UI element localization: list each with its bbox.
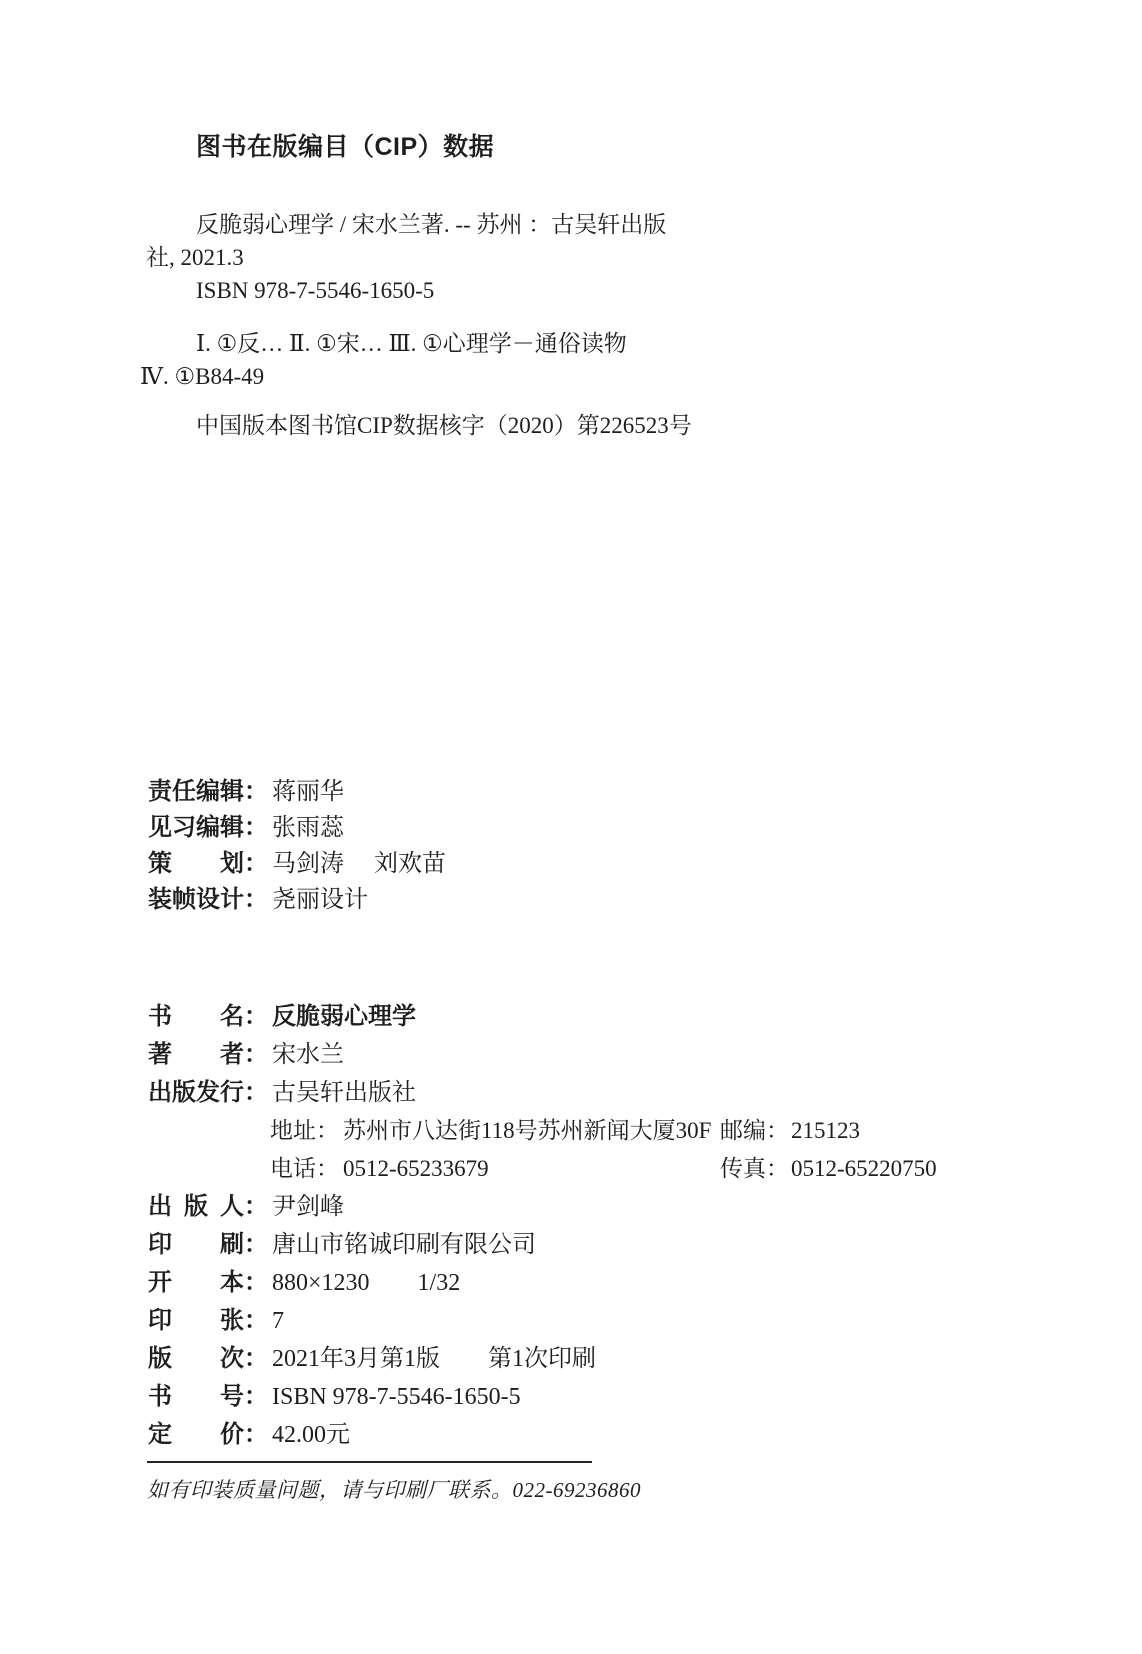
field-label: 书号 xyxy=(148,1378,244,1416)
second-column: 邮编：215123 xyxy=(720,1112,860,1150)
field-value: 42.00元 xyxy=(272,1416,350,1454)
field-label: 印刷 xyxy=(148,1226,244,1264)
field-label: 出版人 xyxy=(148,1188,244,1226)
publication-sub-row: 电话：0512-65233679传真：0512-65220750 xyxy=(148,1150,1088,1188)
colon: ： xyxy=(244,998,268,1036)
cip-section: 图书在版编目（CIP）数据 反脆弱心理学 / 宋水兰著. -- 苏州 ：古吴轩出… xyxy=(146,130,836,442)
cip-classification-line-2: Ⅳ. ①B84-49 xyxy=(140,360,836,393)
field-value: 215123 xyxy=(791,1118,860,1143)
colon: ： xyxy=(244,774,268,810)
second-column: 传真：0512-65220750 xyxy=(720,1150,937,1188)
field-label: 装帧设计 xyxy=(148,882,244,918)
publication-row: 著者：宋水兰 xyxy=(148,1036,1088,1074)
field-label: 地址 xyxy=(270,1112,316,1150)
colon: ： xyxy=(244,810,268,846)
field-value: 宋水兰 xyxy=(272,1036,344,1074)
field-value: 蒋丽华 xyxy=(272,774,344,810)
field-label: 见习编辑 xyxy=(148,810,244,846)
publication-sub-row: 地址：苏州市八达街118号苏州新闻大厦30F邮编：215123 xyxy=(148,1112,1088,1150)
cip-isbn-line: ISBN 978-7-5546-1650-5 xyxy=(146,274,836,307)
field-label: 邮编 xyxy=(720,1118,766,1143)
credits-block: 责任编辑：蒋丽华见习编辑：张雨蕊策划：马剑涛 刘欢苗装帧设计：尧丽设计 xyxy=(148,774,446,918)
colon: ： xyxy=(244,846,268,882)
field-label: 版次 xyxy=(148,1340,244,1378)
field-label: 出版发行 xyxy=(148,1074,244,1112)
field-value: 苏州市八达街118号苏州新闻大厦30F xyxy=(343,1112,711,1150)
publication-row: 出版人：尹剑峰 xyxy=(148,1188,1088,1226)
cip-header: 图书在版编目（CIP）数据 xyxy=(196,130,836,164)
field-value: 尧丽设计 xyxy=(272,882,368,918)
cip-bibliographic-line-1: 反脆弱心理学 / 宋水兰著. -- 苏州 ：古吴轩出版 xyxy=(146,208,836,241)
publication-row: 定价：42.00元 xyxy=(148,1416,1088,1454)
colon: ： xyxy=(244,1188,268,1226)
colon: ： xyxy=(244,1340,268,1378)
cip-record-number: 中国版本图书馆CIP数据核字（2020）第226523号 xyxy=(146,409,836,442)
colon: ： xyxy=(244,882,268,918)
field-label: 定价 xyxy=(148,1416,244,1454)
publication-row: 印张：7 xyxy=(148,1302,1088,1340)
field-label: 电话 xyxy=(270,1150,316,1188)
field-label: 开本 xyxy=(148,1264,244,1302)
field-value: 古吴轩出版社 xyxy=(272,1074,416,1112)
publication-row: 书号：ISBN 978-7-5546-1650-5 xyxy=(148,1378,1088,1416)
colon: ： xyxy=(316,1150,339,1188)
field-value: 尹剑峰 xyxy=(272,1188,344,1226)
publication-row: 书名：反脆弱心理学 xyxy=(148,998,1088,1036)
field-value: 张雨蕊 xyxy=(272,810,344,846)
field-value: 880×1230 1/32 xyxy=(272,1264,460,1302)
colon: ： xyxy=(244,1302,268,1340)
credit-row: 见习编辑：张雨蕊 xyxy=(148,810,446,846)
colon: ： xyxy=(244,1074,268,1112)
footer-divider xyxy=(147,1461,592,1463)
colon: ： xyxy=(244,1416,268,1454)
field-value: 0512-65220750 xyxy=(791,1156,937,1181)
colon: ： xyxy=(244,1378,268,1416)
credit-row: 责任编辑：蒋丽华 xyxy=(148,774,446,810)
field-label: 印张 xyxy=(148,1302,244,1340)
colon: ： xyxy=(244,1264,268,1302)
colon: ： xyxy=(316,1112,339,1150)
field-label: 著者 xyxy=(148,1036,244,1074)
credit-row: 装帧设计：尧丽设计 xyxy=(148,882,446,918)
field-value: 反脆弱心理学 xyxy=(272,998,416,1036)
colon: ： xyxy=(766,1118,789,1143)
publication-row: 开本：880×1230 1/32 xyxy=(148,1264,1088,1302)
printing-quality-note: 如有印装质量问题，请与印刷厂联系。022-69236860 xyxy=(147,1474,641,1504)
copyright-page: 图书在版编目（CIP）数据 反脆弱心理学 / 宋水兰著. -- 苏州 ：古吴轩出… xyxy=(0,0,1142,1654)
publication-block: 书名：反脆弱心理学著者：宋水兰出版发行：古吴轩出版社地址：苏州市八达街118号苏… xyxy=(148,998,1088,1454)
field-label: 责任编辑 xyxy=(148,774,244,810)
publication-row: 出版发行：古吴轩出版社 xyxy=(148,1074,1088,1112)
field-value: 0512-65233679 xyxy=(343,1150,489,1188)
field-value: 7 xyxy=(272,1302,284,1340)
cip-classification-line-1: Ⅰ. ①反… Ⅱ. ①宋… Ⅲ. ①心理学－通俗读物 xyxy=(146,327,836,360)
field-label: 传真 xyxy=(720,1156,766,1181)
field-value: 马剑涛 刘欢苗 xyxy=(272,846,446,882)
field-value: 唐山市铭诚印刷有限公司 xyxy=(272,1226,536,1264)
cip-bibliographic-line-2: 社, 2021.3 xyxy=(146,241,836,274)
field-value: 2021年3月第1版 第1次印刷 xyxy=(272,1340,596,1378)
field-label: 策划 xyxy=(148,846,244,882)
credit-row: 策划：马剑涛 刘欢苗 xyxy=(148,846,446,882)
field-value: ISBN 978-7-5546-1650-5 xyxy=(272,1378,521,1416)
colon: ： xyxy=(766,1156,789,1181)
publication-row: 印刷：唐山市铭诚印刷有限公司 xyxy=(148,1226,1088,1264)
colon: ： xyxy=(244,1226,268,1264)
field-label: 书名 xyxy=(148,998,244,1036)
colon: ： xyxy=(244,1036,268,1074)
publication-row: 版次：2021年3月第1版 第1次印刷 xyxy=(148,1340,1088,1378)
